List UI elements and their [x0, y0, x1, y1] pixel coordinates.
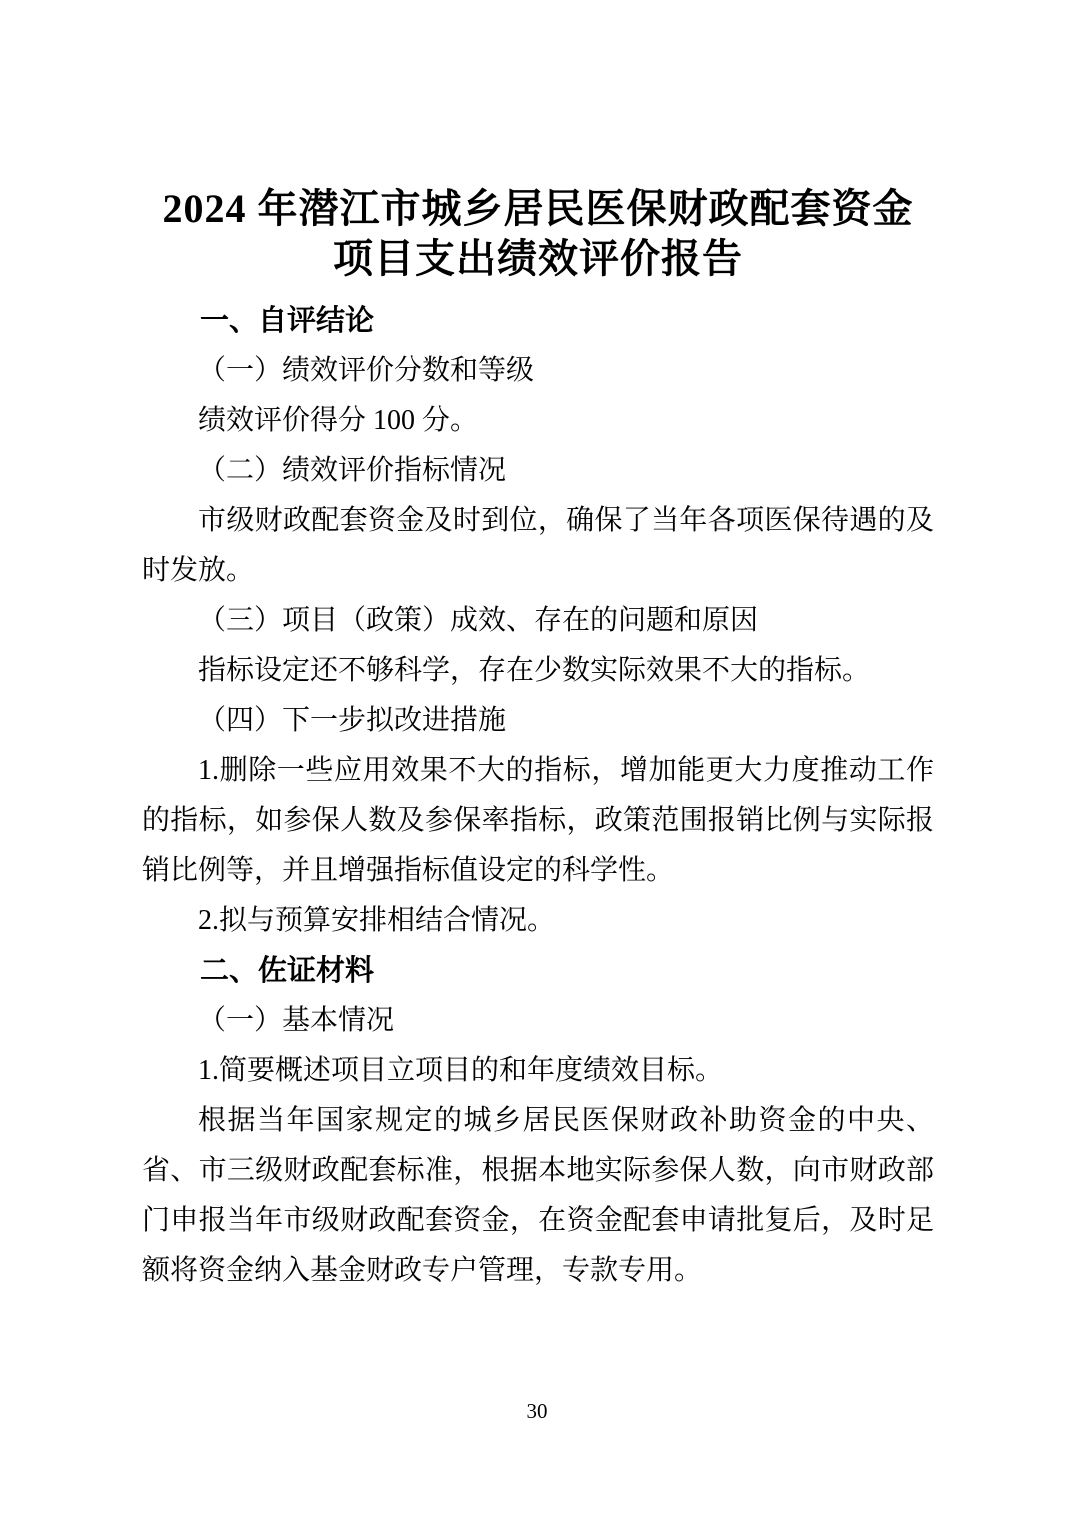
- paragraph-improvement-measure-1: 1.删除一些应用效果不大的指标，增加能更大力度推动工作的指标，如参保人数及参保率…: [142, 746, 934, 896]
- paragraph-project-overview-intro: 1.简要概述项目立项目的和年度绩效目标。: [142, 1046, 934, 1096]
- subheading-improvement-measures: （四）下一步拟改进措施: [142, 696, 934, 746]
- section-heading-supporting-materials: 二、佐证材料: [142, 946, 934, 996]
- paragraph-project-overview-detail: 根据当年国家规定的城乡居民医保财政补助资金的中央、省、市三级财政配套标准，根据本…: [142, 1096, 934, 1296]
- subheading-basic-situation: （一）基本情况: [142, 996, 934, 1046]
- section-heading-self-evaluation-conclusion: 一、自评结论: [142, 296, 934, 346]
- subheading-indicator-situation: （二）绩效评价指标情况: [142, 446, 934, 496]
- document-title: 2024 年潜江市城乡居民医保财政配套资金项目支出绩效评价报告: [148, 184, 928, 284]
- paragraph-indicator-issues: 指标设定还不够科学，存在少数实际效果不大的指标。: [142, 646, 934, 696]
- subheading-project-effectiveness-problems: （三）项目（政策）成效、存在的问题和原因: [142, 596, 934, 646]
- subheading-score-and-grade: （一）绩效评价分数和等级: [142, 346, 934, 396]
- paragraph-score: 绩效评价得分 100 分。: [142, 396, 934, 446]
- page-number: 30: [0, 1398, 1074, 1424]
- document-page: { "document": { "title": "2024 年潜江市城乡居民医…: [0, 0, 1074, 1520]
- paragraph-funds-in-place: 市级财政配套资金及时到位，确保了当年各项医保待遇的及时发放。: [142, 496, 934, 596]
- page-content: 2024 年潜江市城乡居民医保财政配套资金项目支出绩效评价报告 一、自评结论 （…: [142, 184, 934, 1296]
- paragraph-improvement-measure-2: 2.拟与预算安排相结合情况。: [142, 896, 934, 946]
